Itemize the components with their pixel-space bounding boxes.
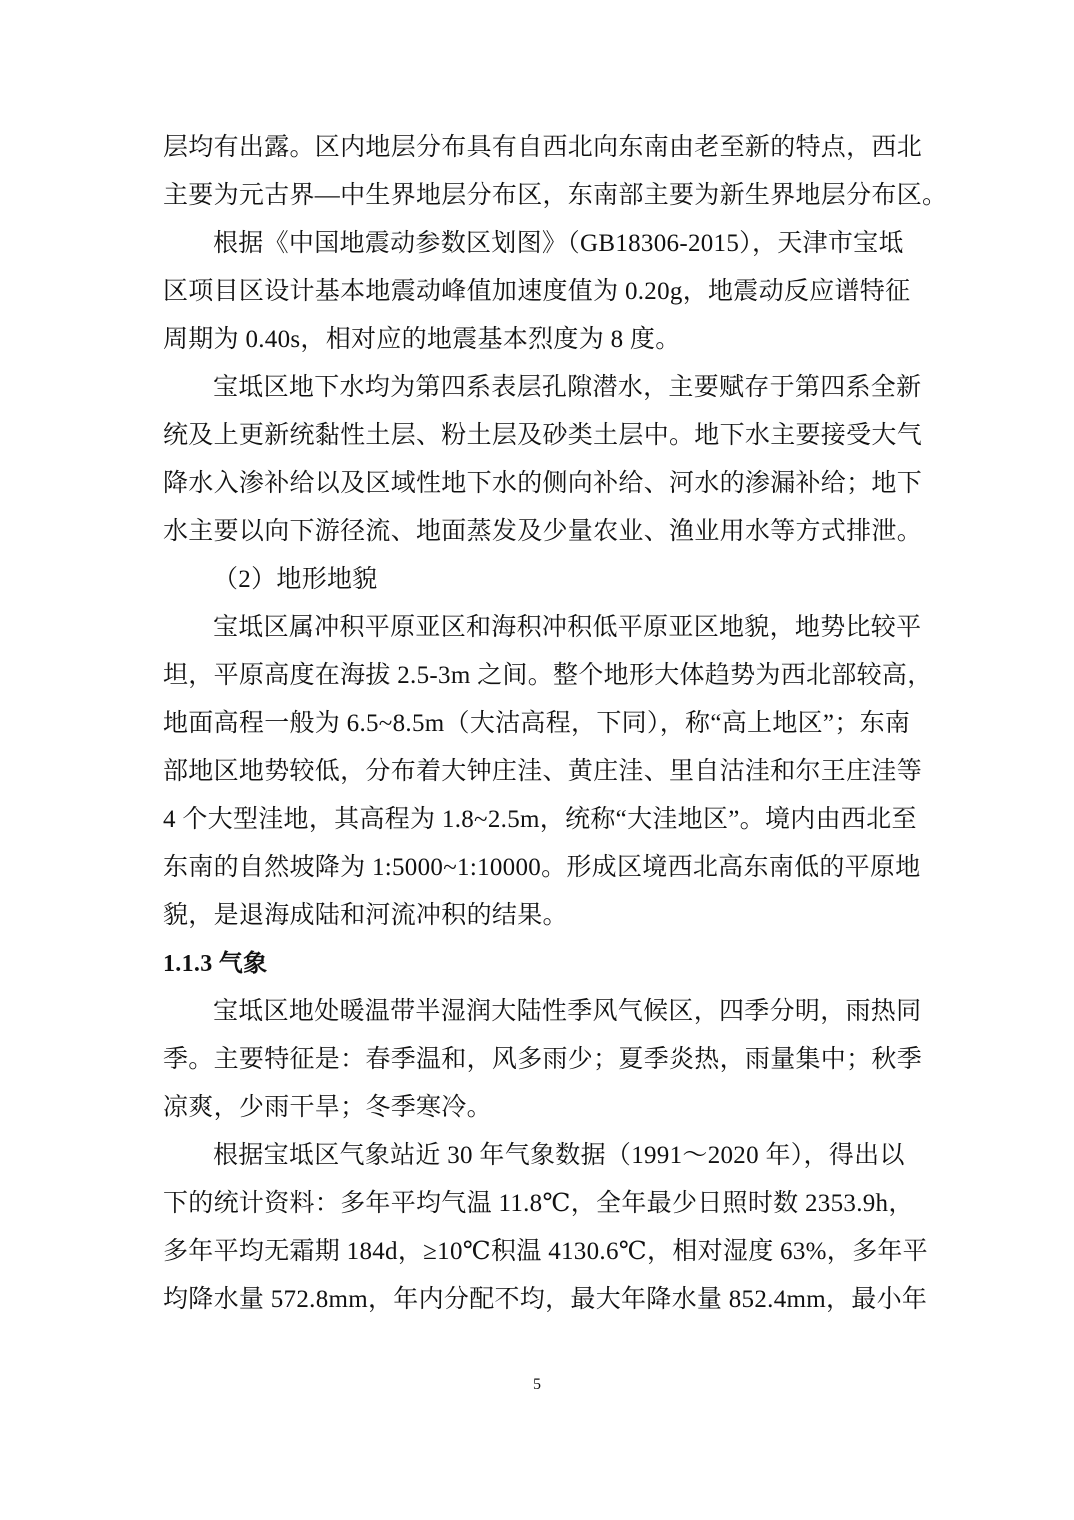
subheading-text: （2）地形地貌 (163, 556, 925, 604)
heading-text: 1.1.3 气象 (163, 940, 925, 988)
subheading-terrain: （2）地形地貌 (163, 556, 925, 604)
text-line: 季。主要特征是：春季温和，风多雨少；夏季炎热，雨量集中；秋季 (163, 1036, 925, 1084)
paragraph-climate-overview: 宝坻区地处暖温带半湿润大陆性季风气候区，四季分明，雨热同 季。主要特征是：春季温… (163, 988, 925, 1132)
text-line: 貌，是退海成陆和河流冲积的结果。 (163, 892, 925, 940)
text-line: 宝坻区地处暖温带半湿润大陆性季风气候区，四季分明，雨热同 (163, 988, 925, 1036)
text-line: 降水入渗补给以及区域性地下水的侧向补给、河水的渗漏补给；地下 (163, 460, 925, 508)
page-number: 5 (0, 1376, 1074, 1394)
text-line: 均降水量 572.8mm，年内分配不均，最大年降水量 852.4mm，最小年 (163, 1276, 925, 1324)
text-line: 多年平均无霜期 184d，≥10℃积温 4130.6℃，相对湿度 63%，多年平 (163, 1228, 925, 1276)
text-line: 4 个大型洼地，其高程为 1.8~2.5m，统称“大洼地区”。境内由西北至 (163, 796, 925, 844)
text-line: 部地区地势较低，分布着大钟庄洼、黄庄洼、里自沽洼和尔王庄洼等 (163, 748, 925, 796)
text-line: 层均有出露。区内地层分布具有自西北向东南由老至新的特点，西北 (163, 124, 925, 172)
text-line: 凉爽，少雨干旱；冬季寒冷。 (163, 1084, 925, 1132)
text-line: 东南的自然坡降为 1:5000~1:10000。形成区境西北高东南低的平原地 (163, 844, 925, 892)
text-line: 区项目区设计基本地震动峰值加速度值为 0.20g，地震动反应谱特征 (163, 268, 925, 316)
paragraph-seismic: 根据《中国地震动参数区划图》（GB18306-2015），天津市宝坻 区项目区设… (163, 220, 925, 364)
text-line: 坦，平原高度在海拔 2.5-3m 之间。整个地形大体趋势为西北部较高， (163, 652, 925, 700)
text-line: 下的统计资料：多年平均气温 11.8℃，全年最少日照时数 2353.9h， (163, 1180, 925, 1228)
paragraph-terrain: 宝坻区属冲积平原亚区和海积冲积低平原亚区地貌，地势比较平 坦，平原高度在海拔 2… (163, 604, 925, 940)
text-line: 主要为元古界—中生界地层分布区，东南部主要为新生界地层分布区。 (163, 172, 925, 220)
text-line: 地面高程一般为 6.5~8.5m（大沽高程，下同），称“高上地区”；东南 (163, 700, 925, 748)
paragraph-groundwater: 宝坻区地下水均为第四系表层孔隙潜水，主要赋存于第四系全新 统及上更新统黏性土层、… (163, 364, 925, 556)
section-heading-climate: 1.1.3 气象 (163, 940, 925, 988)
text-line: 根据《中国地震动参数区划图》（GB18306-2015），天津市宝坻 (163, 220, 925, 268)
text-line: 水主要以向下游径流、地面蒸发及少量农业、渔业用水等方式排泄。 (163, 508, 925, 556)
paragraph-climate-statistics: 根据宝坻区气象站近 30 年气象数据（1991～2020 年），得出以 下的统计… (163, 1132, 925, 1324)
page-body: 层均有出露。区内地层分布具有自西北向东南由老至新的特点，西北 主要为元古界—中生… (163, 124, 925, 1324)
text-line: 宝坻区属冲积平原亚区和海积冲积低平原亚区地貌，地势比较平 (163, 604, 925, 652)
text-line: 根据宝坻区气象站近 30 年气象数据（1991～2020 年），得出以 (163, 1132, 925, 1180)
text-line: 宝坻区地下水均为第四系表层孔隙潜水，主要赋存于第四系全新 (163, 364, 925, 412)
paragraph-geology-continuation: 层均有出露。区内地层分布具有自西北向东南由老至新的特点，西北 主要为元古界—中生… (163, 124, 925, 220)
document-page: 层均有出露。区内地层分布具有自西北向东南由老至新的特点，西北 主要为元古界—中生… (0, 0, 1074, 1520)
text-line: 周期为 0.40s，相对应的地震基本烈度为 8 度。 (163, 316, 925, 364)
text-line: 统及上更新统黏性土层、粉土层及砂类土层中。地下水主要接受大气 (163, 412, 925, 460)
